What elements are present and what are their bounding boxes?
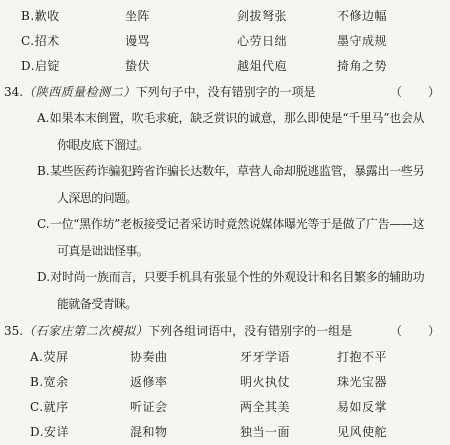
word-item: 启锭 bbox=[35, 59, 60, 73]
word-cell: C.招术 bbox=[21, 32, 125, 49]
word-cell: D.启锭 bbox=[21, 57, 125, 74]
question-34-option-d: D.对时尚一族而言，只要手机具有张显个性的外观设计和名目繁多的辅助功能就备受青睐… bbox=[0, 264, 424, 317]
option-label: B. bbox=[37, 164, 50, 178]
word-row-b: B.歉收 坐阵 剑拔弩张 不修边幅 bbox=[0, 3, 450, 28]
word-item: 返修率 bbox=[130, 373, 240, 390]
option-label: A. bbox=[30, 350, 43, 364]
word-item: 心劳日绌 bbox=[237, 32, 337, 49]
word-item: 越俎代庖 bbox=[237, 57, 337, 74]
question-source: （石家庄第二次模拟） bbox=[23, 322, 148, 339]
word-cell: B.歉收 bbox=[21, 7, 125, 24]
word-item: 招术 bbox=[35, 34, 60, 48]
question-source: （陕西质量检测二） bbox=[23, 83, 136, 100]
word-item: 两全其美 bbox=[240, 398, 337, 415]
word-item: 荧屏 bbox=[43, 350, 68, 364]
word-row-a: A.荧屏 协奏曲 牙牙学语 打抱不平 bbox=[0, 344, 450, 369]
word-item: 安详 bbox=[44, 425, 69, 439]
word-cell: B.宽余 bbox=[30, 373, 130, 390]
previous-question-word-grid: B.歉收 坐阵 剑拔弩张 不修边幅 C.招术 谩骂 心劳日绌 墨守成规 D.启锭… bbox=[0, 3, 450, 78]
option-label: C. bbox=[21, 34, 35, 48]
word-cell: C.就序 bbox=[30, 398, 130, 415]
word-item: 见风使舵 bbox=[337, 423, 450, 440]
word-cell: A.荧屏 bbox=[30, 348, 130, 365]
word-item: 明火执仗 bbox=[240, 373, 337, 390]
option-label: A. bbox=[37, 111, 49, 125]
word-item: 墨守成规 bbox=[337, 32, 450, 49]
question-stem-text: 下列各组词语中，没有错别字的一组是 bbox=[148, 322, 352, 339]
word-item: 就序 bbox=[44, 400, 69, 414]
answer-bracket-open: （ bbox=[390, 83, 402, 100]
word-item: 易如反掌 bbox=[337, 398, 450, 415]
word-item: 坐阵 bbox=[125, 7, 237, 24]
word-row-d: D.启锭 蛰伏 越俎代庖 掎角之势 bbox=[0, 53, 450, 78]
word-item: 混和物 bbox=[130, 423, 240, 440]
option-label: C. bbox=[37, 217, 50, 231]
word-item: 蛰伏 bbox=[125, 57, 237, 74]
word-item: 珠光宝器 bbox=[337, 373, 450, 390]
question-number: 35. bbox=[4, 324, 23, 338]
question-35-stem: 35.（石家庄第二次模拟）下列各组词语中，没有错别字的一组是 （） bbox=[0, 317, 450, 344]
answer-bracket-close: ） bbox=[428, 322, 440, 339]
option-text: 某些医药诈骗犯跨省诈骗长达数年，草营人命却脱逃监管，暴露出一些另人深思的问题。 bbox=[50, 164, 424, 205]
word-item: 协奏曲 bbox=[130, 348, 240, 365]
option-label: D. bbox=[21, 59, 35, 73]
word-item: 打抱不平 bbox=[337, 348, 450, 365]
word-item: 剑拔弩张 bbox=[237, 7, 337, 24]
word-cell: D.安详 bbox=[30, 423, 130, 440]
word-item: 谩骂 bbox=[125, 32, 237, 49]
question-number: 34. bbox=[4, 85, 23, 99]
question-34-option-c: C.一位“黑作坊”老板接受记者采访时竟然说媒体曝光等于是做了广告——这可真是诎诎… bbox=[0, 211, 424, 264]
word-item: 歉收 bbox=[35, 9, 60, 23]
word-row-c: C.招术 谩骂 心劳日绌 墨守成规 bbox=[0, 28, 450, 53]
question-35-word-grid: A.荧屏 协奏曲 牙牙学语 打抱不平 B.宽余 返修率 明火执仗 珠光宝器 C.… bbox=[0, 344, 450, 444]
word-item: 宽余 bbox=[44, 375, 69, 389]
answer-bracket-close: ） bbox=[428, 83, 440, 100]
word-item: 不修边幅 bbox=[337, 7, 450, 24]
question-34-option-b: B.某些医药诈骗犯跨省诈骗长达数年，草营人命却脱逃监管，暴露出一些另人深思的问题… bbox=[0, 158, 424, 211]
option-text: 一位“黑作坊”老板接受记者采访时竟然说媒体曝光等于是做了广告——这可真是诎诎怪事… bbox=[50, 217, 424, 258]
question-34-option-a: A.如果本末倒置，吹毛求疵，缺乏赏识的诚意，那么即使是“千里马”也会从你眼皮底下… bbox=[0, 105, 424, 158]
word-row-b: B.宽余 返修率 明火执仗 珠光宝器 bbox=[0, 369, 450, 394]
option-label: C. bbox=[30, 400, 44, 414]
word-item: 独当一面 bbox=[240, 423, 337, 440]
question-34-stem: 34.（陕西质量检测二）下列句子中，没有错别字的一项是 （） bbox=[0, 78, 450, 105]
word-item: 牙牙学语 bbox=[240, 348, 337, 365]
word-item: 听证会 bbox=[130, 398, 240, 415]
option-text: 如果本末倒置，吹毛求疵，缺乏赏识的诚意，那么即使是“千里马”也会从你眼皮底下溜过… bbox=[49, 111, 424, 152]
option-text: 对时尚一族而言，只要手机具有张显个性的外观设计和名目繁多的辅助功能就备受青睐。 bbox=[50, 270, 424, 311]
question-stem-text: 下列句子中，没有错别字的一项是 bbox=[136, 83, 316, 100]
exam-page: B.歉收 坐阵 剑拔弩张 不修边幅 C.招术 谩骂 心劳日绌 墨守成规 D.启锭… bbox=[0, 0, 450, 445]
option-label: D. bbox=[37, 270, 50, 284]
word-item: 掎角之势 bbox=[337, 57, 450, 74]
word-row-d: D.安详 混和物 独当一面 见风使舵 bbox=[0, 419, 450, 444]
answer-bracket-open: （ bbox=[390, 322, 402, 339]
option-label: B. bbox=[21, 9, 35, 23]
word-row-c: C.就序 听证会 两全其美 易如反掌 bbox=[0, 394, 450, 419]
option-label: D. bbox=[30, 425, 44, 439]
option-label: B. bbox=[30, 375, 44, 389]
